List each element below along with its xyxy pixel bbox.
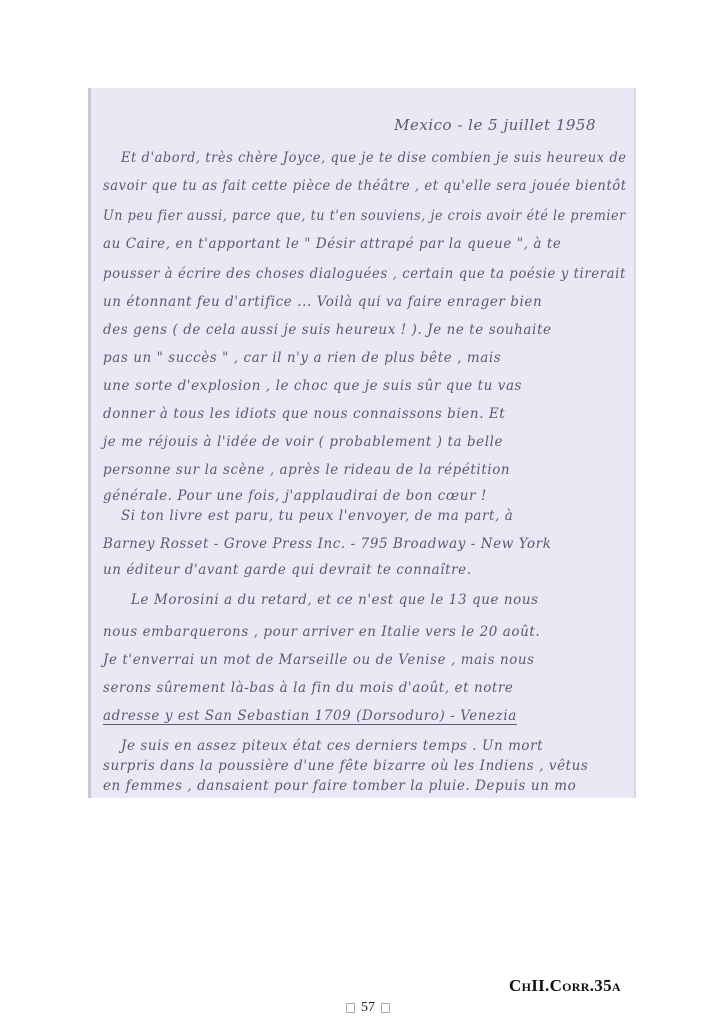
letter-line: personne sur la scène , après le rideau … <box>103 462 626 478</box>
letter-line: Je suis en assez piteux état ces dernier… <box>121 738 626 754</box>
page-number-text: 57 <box>361 1000 375 1016</box>
letter-line: Et d'abord, très chère Joyce, que je te … <box>121 150 609 166</box>
letter-line: serons sûrement là-bas à la fin du mois … <box>103 680 626 696</box>
letter-line: générale. Pour une fois, j'applaudirai d… <box>103 488 626 504</box>
letter-line: nous embarquerons , pour arriver en Ital… <box>103 624 626 640</box>
letter-line: Si ton livre est paru, tu peux l'envoyer… <box>121 508 626 524</box>
archive-reference: ChII.Corr.35a <box>509 976 621 996</box>
letter-line: pousser à écrire des choses dialoguées ,… <box>103 266 618 282</box>
page-number: 57 <box>346 1000 390 1016</box>
letter-line: une sorte d'explosion , le choc que je s… <box>103 378 626 394</box>
box-glyph-icon <box>381 1003 390 1013</box>
letter-line: Je t'enverrai un mot de Marseille ou de … <box>103 652 626 668</box>
letter-line: savoir que tu as fait cette pièce de thé… <box>103 178 612 194</box>
letter-line: Barney Rosset - Grove Press Inc. - 795 B… <box>103 536 626 552</box>
letter-line: donner à tous les idiots que nous connai… <box>103 406 626 422</box>
letter-line: des gens ( de cela aussi je suis heureux… <box>103 322 626 338</box>
letter-scan: Mexico - le 5 juillet 1958 Et d'abord, t… <box>88 88 636 798</box>
letter-line: surpris dans la poussière d'une fête biz… <box>103 758 626 774</box>
letter-line: en femmes , dansaient pour faire tomber … <box>103 778 626 794</box>
letter-line-address: adresse y est San Sebastian 1709 (Dorsod… <box>103 708 626 724</box>
date-line: Mexico - le 5 juillet 1958 <box>394 116 596 134</box>
letter-line: je me réjouis à l'idée de voir ( probabl… <box>103 434 626 450</box>
letter-line: pas un " succès " , car il n'y a rien de… <box>103 350 626 366</box>
letter-line: un éditeur d'avant garde qui devrait te … <box>103 562 626 578</box>
letter-line: un étonnant feu d'artifice ... Voilà qui… <box>103 294 626 310</box>
letter-line: Un peu fier aussi, parce que, tu t'en so… <box>103 208 598 224</box>
box-glyph-icon <box>346 1003 355 1013</box>
letter-line: au Caire, en t'apportant le " Désir attr… <box>103 236 626 252</box>
letter-line: Le Morosini a du retard, et ce n'est que… <box>131 592 626 608</box>
